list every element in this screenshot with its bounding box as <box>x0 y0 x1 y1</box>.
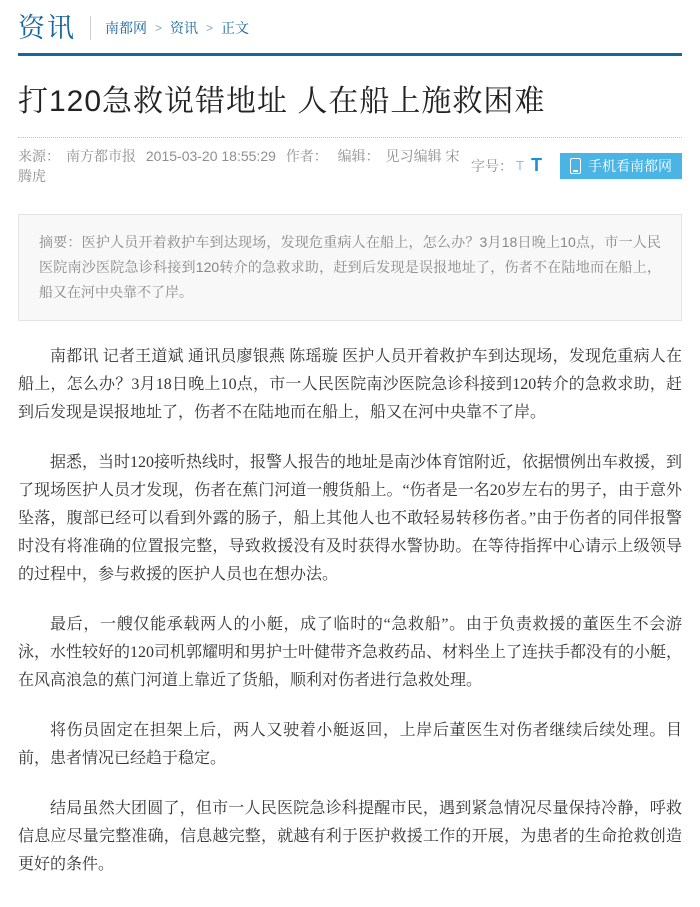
breadcrumb: 南都网 > 资讯 > 正文 <box>105 18 249 38</box>
article-body: 南都讯 记者王道斌 通讯员廖银燕 陈瑶璇 医护人员开着救护车到达现场，发现危重病… <box>18 343 682 879</box>
phone-icon <box>570 158 581 174</box>
mobile-view-button[interactable]: 手机看南都网 <box>560 153 682 179</box>
fontsize-decrease-button[interactable]: T <box>516 158 524 173</box>
source-value: 南方都市报 <box>66 148 136 164</box>
site-header: 资讯 南都网 > 资讯 > 正文 <box>18 0 682 46</box>
author-label: 作者： <box>286 148 328 164</box>
fontsize-label: 字号： <box>471 156 513 176</box>
page-title: 打120急救说错地址 人在船上施救困难 <box>18 83 682 121</box>
fontsize-increase-button[interactable]: T <box>531 155 542 176</box>
article-paragraph: 据悉，当时120接听热线时，报警人报告的地址是南沙体育馆附近，依据惯例出车救援，… <box>18 449 682 589</box>
breadcrumb-item-home[interactable]: 南都网 <box>105 18 147 38</box>
publish-datetime: 2015-03-20 18:55:29 <box>146 148 276 164</box>
meta-row: 来源：南方都市报 2015-03-20 18:55:29 作者： 编辑：见习编辑… <box>18 138 682 196</box>
source-label: 来源： <box>18 148 60 164</box>
header-rule <box>18 53 682 56</box>
section-title: 资讯 <box>18 15 76 42</box>
page: 资讯 南都网 > 资讯 > 正文 打120急救说错地址 人在船上施救困难 来源：… <box>0 0 700 879</box>
article-paragraph: 结局虽然大团圆了，但市一人民医院急诊科提醒市民，遇到紧急情况尽量保持冷静，呼救信… <box>18 795 682 879</box>
breadcrumb-separator-icon: > <box>206 21 213 35</box>
article-paragraph: 最后，一艘仅能承载两人的小艇，成了临时的“急救船”。由于负责救援的董医生不会游泳… <box>18 611 682 695</box>
header-divider <box>90 16 91 40</box>
article-paragraph: 将伤员固定在担架上后，两人又驶着小艇返回，上岸后董医生对伤者继续后续处理。目前，… <box>18 717 682 773</box>
mobile-view-button-label: 手机看南都网 <box>588 157 672 175</box>
meta-info: 来源：南方都市报 2015-03-20 18:55:29 作者： 编辑：见习编辑… <box>18 146 471 186</box>
breadcrumb-separator-icon: > <box>155 21 162 35</box>
meta-tools: 字号： T T 手机看南都网 <box>471 153 682 179</box>
editor-label: 编辑： <box>338 148 380 164</box>
breadcrumb-item-current: 正文 <box>221 18 249 38</box>
article-paragraph: 南都讯 记者王道斌 通讯员廖银燕 陈瑶璇 医护人员开着救护车到达现场，发现危重病… <box>18 343 682 427</box>
breadcrumb-item-news[interactable]: 资讯 <box>170 18 198 38</box>
article-summary: 摘要：医护人员开着救护车到达现场，发现危重病人在船上，怎么办？3月18日晚上10… <box>18 214 682 321</box>
